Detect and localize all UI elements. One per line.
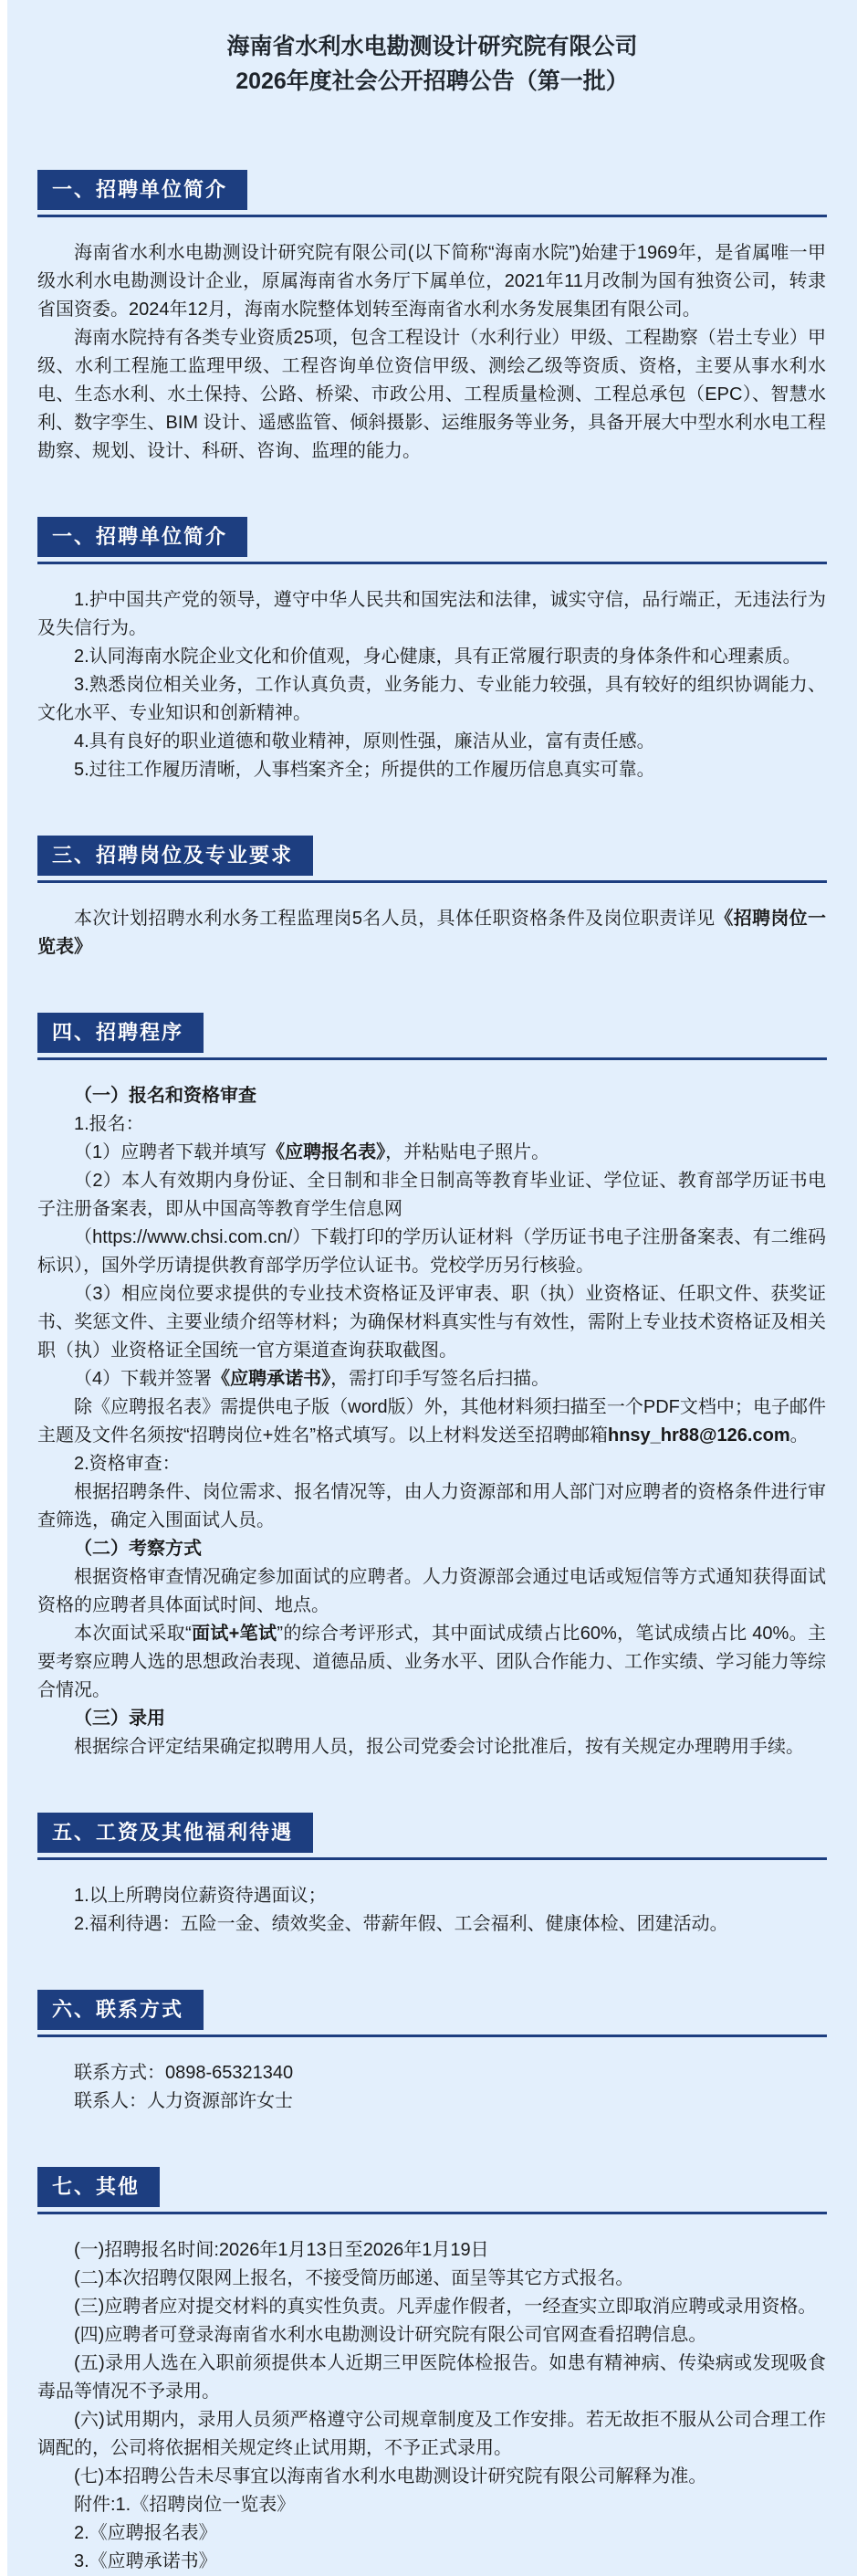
text-run: ，需打印手写签名后扫描。: [330, 1369, 549, 1389]
text-run: （3）相应岗位要求提供的专业技术资格证及评审表、职（执）业资格证、任职文件、获奖…: [37, 1284, 826, 1361]
page-title-line2: 2026年度社会公开招聘公告（第一批）: [235, 68, 629, 94]
text-run: (二)本次招聘仅限网上报名，不接受简历邮递、面呈等其它方式报名。: [74, 2268, 633, 2288]
announcement-page: 海南省水利水电勘测设计研究院有限公司 2026年度社会公开招聘公告（第一批） 一…: [7, 0, 857, 2576]
paragraph: (七)本招聘公告未尽事宜以海南省水利水电勘测设计研究院有限公司解释为准。: [37, 2463, 826, 2491]
section-heading-badge: 六、联系方式: [37, 1990, 204, 2030]
page-title-line1: 海南省水利水电勘测设计研究院有限公司: [226, 34, 637, 59]
section-body: （一）报名和资格审查1.报名：（1）应聘者下载并填写《应聘报名表》，并粘贴电子照…: [37, 1082, 826, 1761]
text-run: 3.熟悉岗位相关业务，工作认真负责，业务能力、专业能力较强，具有较好的组织协调能…: [37, 675, 826, 723]
paragraph: （4）下载并签署《应聘承诺书》，需打印手写签名后扫描。: [37, 1365, 826, 1393]
paragraph: 1.以上所聘岗位薪资待遇面议；: [37, 1882, 826, 1910]
paragraph: （三）录用: [37, 1705, 826, 1733]
paragraph: 海南水院持有各类专业资质25项，包含工程设计（水利行业）甲级、工程勘察（岩土专业…: [37, 324, 826, 466]
text-run: （4）下载并签署: [74, 1369, 212, 1389]
bold-run: 面试+笔试: [192, 1624, 277, 1644]
text-run: 。: [790, 1425, 809, 1446]
paragraph: 联系方式：0898-65321340: [37, 2059, 826, 2087]
section-heading-badge: 一、招聘单位简介: [37, 517, 247, 557]
text-run: 根据招聘条件、岗位需求、报名情况等，由人力资源部和用人部门对应聘者的资格条件进行…: [37, 1482, 826, 1530]
paragraph: 3.熟悉岗位相关业务，工作认真负责，业务能力、专业能力较强，具有较好的组织协调能…: [37, 671, 826, 728]
section-heading-badge: 七、其他: [37, 2167, 160, 2207]
page-title: 海南省水利水电勘测设计研究院有限公司 2026年度社会公开招聘公告（第一批）: [62, 29, 802, 99]
text-run: 本次计划招聘水利水务工程监理岗5名人员，具体任职资格条件及岗位职责详见: [74, 909, 715, 929]
paragraph: (六)试用期内，录用人员须严格遵守公司规章制度及工作安排。若无故拒不服从公司合理…: [37, 2406, 826, 2463]
section-6: 六、联系方式联系方式：0898-65321340联系人：人力资源部许女士: [7, 1990, 857, 2116]
paragraph: (二)本次招聘仅限网上报名，不接受简历邮递、面呈等其它方式报名。: [37, 2265, 826, 2293]
paragraph: (四)应聘者可登录海南省水利水电勘测设计研究院有限公司官网查看招聘信息。: [37, 2321, 826, 2350]
paragraph: 根据招聘条件、岗位需求、报名情况等，由人力资源部和用人部门对应聘者的资格条件进行…: [37, 1478, 826, 1535]
text-run: (四)应聘者可登录海南省水利水电勘测设计研究院有限公司官网查看招聘信息。: [74, 2325, 706, 2345]
text-run: 联系人：人力资源部许女士: [74, 2091, 293, 2111]
paragraph: （二）考察方式: [37, 1535, 826, 1563]
paragraph: （一）报名和资格审查: [37, 1082, 826, 1110]
section-heading-badge: 五、工资及其他福利待遇: [37, 1813, 313, 1853]
text-run: 1.报名：: [74, 1114, 144, 1134]
text-run: 本次面试采取“: [74, 1624, 192, 1644]
section-4: 四、招聘程序（一）报名和资格审查1.报名：（1）应聘者下载并填写《应聘报名表》，…: [7, 1013, 857, 1761]
paragraph: 海南省水利水电勘测设计研究院有限公司(以下简称“海南水院”)始建于1969年，是…: [37, 239, 826, 324]
section-body: 联系方式：0898-65321340联系人：人力资源部许女士: [37, 2059, 826, 2116]
section-3: 三、招聘岗位及专业要求本次计划招聘水利水务工程监理岗5名人员，具体任职资格条件及…: [7, 836, 857, 962]
paragraph: （3）相应岗位要求提供的专业技术资格证及评审表、职（执）业资格证、任职文件、获奖…: [37, 1280, 826, 1365]
text-run: 1.护中国共产党的领导，遵守中华人民共和国宪法和法律，诚实守信，品行端正，无违法…: [37, 590, 826, 638]
text-run: （2）本人有效期内身份证、全日制和非全日制高等教育毕业证、学位证、教育部学历证书…: [37, 1171, 826, 1219]
paragraph: 根据资格审查情况确定参加面试的应聘者。人力资源部会通过电话或短信等方式通知获得面…: [37, 1563, 826, 1620]
paragraph: （https://www.chsi.com.cn/）下载打印的学历认证材料（学历…: [37, 1224, 826, 1280]
section-divider: [37, 562, 827, 564]
section-divider: [37, 880, 827, 883]
paragraph: 5.过往工作履历清晰，人事档案齐全；所提供的工作履历信息真实可靠。: [37, 756, 826, 784]
paragraph: 本次计划招聘水利水务工程监理岗5名人员，具体任职资格条件及岗位职责详见《招聘岗位…: [37, 905, 826, 962]
section-5: 五、工资及其他福利待遇1.以上所聘岗位薪资待遇面议；2.福利待遇：五险一金、绩效…: [7, 1813, 857, 1939]
text-run: 2.资格审查：: [74, 1454, 181, 1474]
section-heading-badge: 四、招聘程序: [37, 1013, 204, 1053]
text-run: (一)招聘报名时间:2026年1月13日至2026年1月19日: [74, 2240, 489, 2260]
text-run: 1.以上所聘岗位薪资待遇面议；: [74, 1886, 327, 1906]
section-body: 1.以上所聘岗位薪资待遇面议；2.福利待遇：五险一金、绩效奖金、带薪年假、工会福…: [37, 1882, 826, 1939]
section-body: 1.护中国共产党的领导，遵守中华人民共和国宪法和法律，诚实守信，品行端正，无违法…: [37, 586, 826, 784]
text-run: (五)录用人选在入职前须提供本人近期三甲医院体检报告。如患有精神病、传染病或发现…: [37, 2353, 826, 2402]
bold-run: （一）报名和资格审查: [74, 1086, 256, 1106]
section-body: 本次计划招聘水利水务工程监理岗5名人员，具体任职资格条件及岗位职责详见《招聘岗位…: [37, 905, 826, 962]
text-run: 根据资格审查情况确定参加面试的应聘者。人力资源部会通过电话或短信等方式通知获得面…: [37, 1567, 826, 1615]
section-2: 一、招聘单位简介1.护中国共产党的领导，遵守中华人民共和国宪法和法律，诚实守信，…: [7, 517, 857, 784]
text-run: (六)试用期内，录用人员须严格遵守公司规章制度及工作安排。若无故拒不服从公司合理…: [37, 2410, 826, 2458]
bold-run: hnsy_hr88@126.com: [608, 1425, 790, 1446]
paragraph: (五)录用人选在入职前须提供本人近期三甲医院体检报告。如患有精神病、传染病或发现…: [37, 2350, 826, 2406]
bold-run: 《应聘承诺书》: [212, 1369, 330, 1389]
section-7: 七、其他(一)招聘报名时间:2026年1月13日至2026年1月19日(二)本次…: [7, 2167, 857, 2576]
paragraph: 联系人：人力资源部许女士: [37, 2087, 826, 2116]
paragraph: 1.护中国共产党的领导，遵守中华人民共和国宪法和法律，诚实守信，品行端正，无违法…: [37, 586, 826, 643]
paragraph: 本次面试采取“面试+笔试”的综合考评形式，其中面试成绩占比60%，笔试成绩占比 …: [37, 1620, 826, 1705]
paragraph: 1.报名：: [37, 1110, 826, 1139]
bold-run: （二）考察方式: [74, 1539, 202, 1559]
bold-run: 《应聘报名表》: [267, 1142, 385, 1162]
paragraph: 附件:1.《招聘岗位一览表》: [37, 2491, 826, 2519]
paragraph: 3.《应聘承诺书》: [37, 2548, 826, 2576]
text-run: 海南水院持有各类专业资质25项，包含工程设计（水利行业）甲级、工程勘察（岩土专业…: [37, 328, 826, 461]
section-body: 海南省水利水电勘测设计研究院有限公司(以下简称“海南水院”)始建于1969年，是…: [37, 239, 826, 466]
bold-run: （三）录用: [74, 1709, 165, 1729]
paragraph: 除《应聘报名表》需提供电子版（word版）外，其他材料须扫描至一个PDF文档中；…: [37, 1393, 826, 1450]
section-heading-badge: 一、招聘单位简介: [37, 170, 247, 210]
sections-container: 一、招聘单位简介海南省水利水电勘测设计研究院有限公司(以下简称“海南水院”)始建…: [7, 170, 857, 2576]
paragraph: 2.资格审查：: [37, 1450, 826, 1478]
text-run: 3.《应聘承诺书》: [74, 2551, 217, 2571]
text-run: 5.过往工作履历清晰，人事档案齐全；所提供的工作履历信息真实可靠。: [74, 760, 655, 780]
paragraph: 2.《应聘报名表》: [37, 2519, 826, 2548]
section-heading-badge: 三、招聘岗位及专业要求: [37, 836, 313, 876]
section-divider: [37, 1857, 827, 1860]
paragraph: （1）应聘者下载并填写《应聘报名表》，并粘贴电子照片。: [37, 1139, 826, 1167]
paragraph: 根据综合评定结果确定拟聘用人员，报公司党委会讨论批准后，按有关规定办理聘用手续。: [37, 1733, 826, 1761]
section-divider: [37, 215, 827, 217]
paragraph: （2）本人有效期内身份证、全日制和非全日制高等教育毕业证、学位证、教育部学历证书…: [37, 1167, 826, 1224]
text-run: 2.认同海南水院企业文化和价值观，身心健康，具有正常履行职责的身体条件和心理素质…: [74, 647, 801, 667]
text-run: 2.福利待遇：五险一金、绩效奖金、带薪年假、工会福利、健康体检、团建活动。: [74, 1914, 728, 1934]
section-divider: [37, 2212, 827, 2214]
text-run: 根据综合评定结果确定拟聘用人员，报公司党委会讨论批准后，按有关规定办理聘用手续。: [74, 1737, 804, 1757]
text-run: 2.《应聘报名表》: [74, 2523, 217, 2543]
paragraph: 2.福利待遇：五险一金、绩效奖金、带薪年假、工会福利、健康体检、团建活动。: [37, 1910, 826, 1939]
text-run: 附件:1.《招聘岗位一览表》: [74, 2495, 295, 2515]
text-run: 联系方式：0898-65321340: [74, 2063, 293, 2083]
paragraph: (一)招聘报名时间:2026年1月13日至2026年1月19日: [37, 2236, 826, 2265]
paragraph: (三)应聘者应对提交材料的真实性负责。凡弄虚作假者，一经查实立即取消应聘或录用资…: [37, 2293, 826, 2321]
text-run: (七)本招聘公告未尽事宜以海南省水利水电勘测设计研究院有限公司解释为准。: [74, 2466, 706, 2487]
paragraph: 2.认同海南水院企业文化和价值观，身心健康，具有正常履行职责的身体条件和心理素质…: [37, 643, 826, 671]
text-run: ，并粘贴电子照片。: [385, 1142, 549, 1162]
text-run: （1）应聘者下载并填写: [74, 1142, 267, 1162]
section-1: 一、招聘单位简介海南省水利水电勘测设计研究院有限公司(以下简称“海南水院”)始建…: [7, 170, 857, 466]
section-body: (一)招聘报名时间:2026年1月13日至2026年1月19日(二)本次招聘仅限…: [37, 2236, 826, 2576]
section-divider: [37, 2035, 827, 2037]
text-run: (三)应聘者应对提交材料的真实性负责。凡弄虚作假者，一经查实立即取消应聘或录用资…: [74, 2297, 816, 2317]
text-run: 海南省水利水电勘测设计研究院有限公司(以下简称“海南水院”)始建于1969年，是…: [37, 243, 826, 320]
section-divider: [37, 1057, 827, 1060]
text-run: 4.具有良好的职业道德和敬业精神，原则性强，廉洁从业，富有责任感。: [74, 731, 655, 752]
paragraph: 4.具有良好的职业道德和敬业精神，原则性强，廉洁从业，富有责任感。: [37, 728, 826, 756]
text-run: （https://www.chsi.com.cn/）下载打印的学历认证材料（学历…: [37, 1227, 826, 1276]
